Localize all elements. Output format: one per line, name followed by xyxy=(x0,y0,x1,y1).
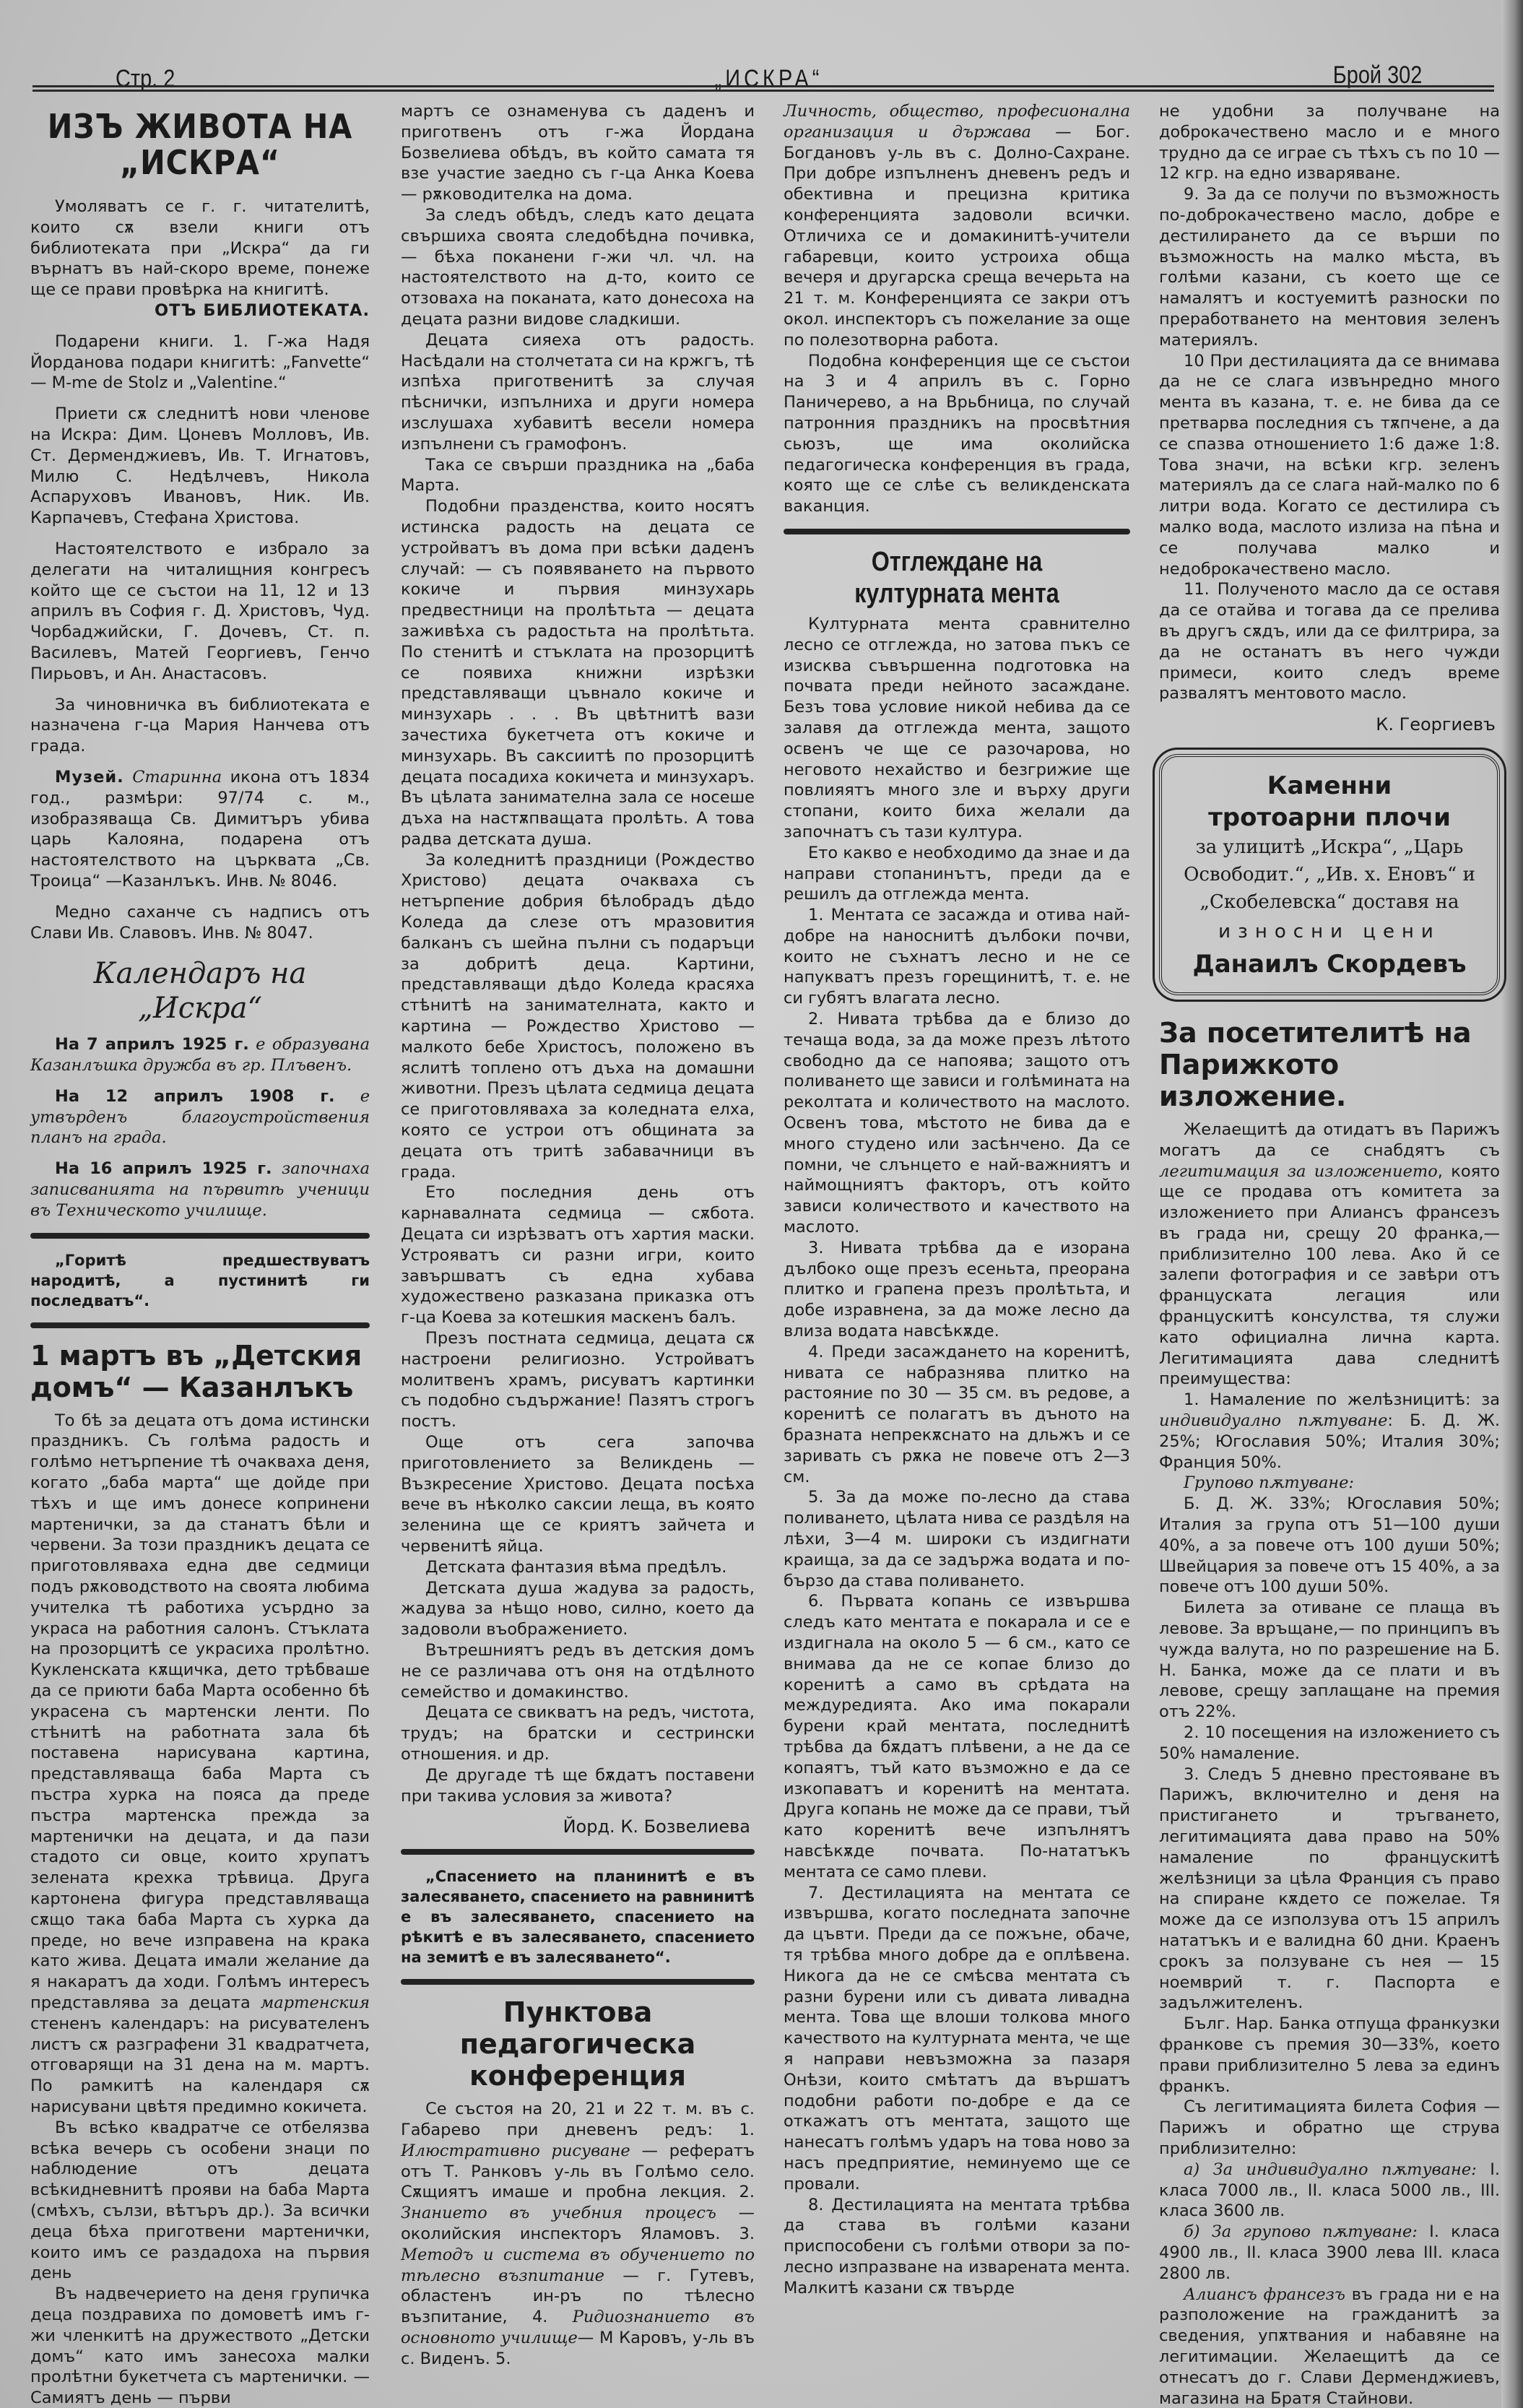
paris-paragraph: Съ легитимацията билета София — Парижъ и… xyxy=(1159,2097,1500,2159)
page-header: Стр. 2 „ИСКРА“ Брой 302 xyxy=(108,29,1429,87)
divider xyxy=(401,1849,755,1855)
mint-item: 11. Полученото масло да се оставя да се … xyxy=(1159,579,1500,704)
calendar-date: На 12 априлъ 1908 г. xyxy=(55,1087,335,1106)
article-paragraph: мартъ се ознаменува съ даденъ и приготве… xyxy=(401,101,755,205)
paris-paragraph: Бълг. Нар. Банка отпуща франкузки франко… xyxy=(1159,2014,1500,2097)
afforestation-quote: „Спасението на планинитѣ е въ залесяване… xyxy=(401,1866,755,1967)
mint-continued: не удобни за получване на доброкачествен… xyxy=(1159,101,1500,184)
text-ital: Илюстративно рисуване xyxy=(401,2141,630,2160)
paris-alliance: Алиансъ франсезъ въ града ни е на разпол… xyxy=(1159,2284,1500,2408)
donated-books: Подарени книги. 1. Г-жа Надя Йорданова п… xyxy=(30,332,370,394)
paris-item: 3. Следъ 5 дневно престояване въ Парижъ,… xyxy=(1159,1764,1500,2014)
article-paragraph: Детската фантазия вѣма предѣлъ. xyxy=(401,1557,755,1578)
mint-item: 6. Първата копань се извършва следъ като… xyxy=(784,1591,1130,1882)
article-paragraph: Децата сияеха отъ радость. Насѣдали на с… xyxy=(401,330,755,455)
column-3: Личность, общество, професионална органи… xyxy=(784,101,1130,2298)
library-signoff: ОТЪ БИБЛИОТЕКАТА. xyxy=(30,300,370,321)
paris-paragraph: Желаещитѣ да отидатъ въ Парижъ могатъ да… xyxy=(1159,1119,1500,1390)
text-ital: Знанието въ учебния процесъ xyxy=(401,2204,716,2222)
calendar-heading: Календаръ на „Искра“ xyxy=(30,956,370,1026)
article-paragraph: Ето последния день отъ карнавалната седм… xyxy=(401,1182,755,1328)
mint-item: 3. Нивата трѣбва да е изорана дълбоко ощ… xyxy=(784,1238,1130,1342)
mint-item: 10 При дестилацията да се внимава да не … xyxy=(1159,351,1500,580)
mint-item: 4. Преди засаждането на коренитѣ, нивата… xyxy=(784,1342,1130,1488)
march-paragraph: Въ всѣко квадратче се отбелязва всѣка ве… xyxy=(30,2118,370,2284)
text: 1. Намаление по желѣзницитѣ: за xyxy=(1184,1390,1500,1409)
text-ital: Алиансъ франсезъ xyxy=(1184,2285,1345,2304)
copper-item: Медно саханче съ надписъ отъ Слави Ив. С… xyxy=(30,902,370,944)
text-ital: мартенския xyxy=(261,1993,370,2012)
text: Желаещитѣ да отидатъ въ Парижъ могатъ да… xyxy=(1159,1120,1500,1160)
calendar-entry: На 12 априлъ 1908 г. е утвърденъ благоус… xyxy=(30,1086,370,1148)
ad-line: тротоарни плочи xyxy=(1171,802,1488,833)
paris-item: 2. 10 посещения на изложението съ 50% на… xyxy=(1159,1723,1500,1764)
mint-item: 7. Дестилацията на ментата се извършва, … xyxy=(784,1883,1130,2195)
text: стененъ календаръ: на рисувателенъ листъ… xyxy=(30,2014,370,2116)
text-ital: легитимация за изложението xyxy=(1159,1162,1438,1181)
conference-continued: Личность, общество, професионална органи… xyxy=(784,101,1130,351)
calendar-date: На 7 априлъ 1925 г. xyxy=(55,1035,249,1054)
column-4: не удобни за получване на доброкачествен… xyxy=(1159,101,1500,2408)
text: То бѣ за децата отъ дома истински праздн… xyxy=(30,1411,370,2012)
mint-item: 5. За да може по-лесно да става поливане… xyxy=(784,1487,1130,1591)
mint-item: 9. За да се получи по възможность по-доб… xyxy=(1159,184,1500,350)
paris-item: 1. Намаление по желѣзницитѣ: за индивиду… xyxy=(1159,1390,1500,1473)
article-paragraph: Презъ постната седмица, децата сѫ настро… xyxy=(401,1328,755,1432)
article-paragraph: За коледнитѣ праздници (Рождество Христо… xyxy=(401,850,755,1183)
section-heading-iskra-life: ИЗЪ ЖИВОТА НА „ИСКРА“ xyxy=(48,108,353,181)
divider xyxy=(30,1233,370,1239)
mint-paragraph: Културната мента сравнително лесно се от… xyxy=(784,614,1130,843)
calendar-date: На 16 априлъ 1925 г. xyxy=(55,1159,272,1178)
mint-item: 2. Нивата трѣбва да е близо до течаща во… xyxy=(784,1009,1130,1238)
ad-line: Каменни xyxy=(1171,770,1488,802)
author-signature: Йорд. К. Бозвелиева xyxy=(401,1816,750,1837)
text: — Бог. Богдановъ у-ль въ с. Долно-Сахран… xyxy=(784,123,1130,350)
divider xyxy=(784,529,1130,534)
mint-paragraph: Ето какво е необходимо да знае и да напр… xyxy=(784,843,1130,905)
museum-label: Музей. xyxy=(55,768,124,787)
march-paragraph: То бѣ за децата отъ дома истински праздн… xyxy=(30,1411,370,2118)
text-ital: а) За индивидуално пѫтуване: xyxy=(1184,2160,1477,2179)
article-paragraph: Децата се свикватъ на редъ, чистота, тру… xyxy=(401,1702,755,1764)
ad-line: износни цени xyxy=(1171,916,1488,948)
text: Се състоя на 20, 21 и 22 т. м. въ с. Габ… xyxy=(401,2100,755,2139)
text: , която ще се продава отъ комитета за из… xyxy=(1159,1162,1500,1389)
calendar-entry: На 7 априлъ 1925 г. е образувана Казанлъ… xyxy=(30,1034,370,1076)
new-members: Приети сѫ следнитѣ нови членове на Искра… xyxy=(30,404,370,529)
conference-heading: Пунктова педагогическа конференция xyxy=(401,1996,755,2092)
delegates: Настоятелството е избрало за делегати на… xyxy=(30,539,370,685)
museum-item: Музей. Старинна икона отъ 1834 год., раз… xyxy=(30,767,370,892)
paris-cost-a: а) За индивидуално пѫтуване: I. класа 70… xyxy=(1159,2160,1500,2222)
paris-cost-b: б) За групово пѫтуване: I. класа 4900 лв… xyxy=(1159,2222,1500,2284)
mint-article-heading: Отглеждане на културната мента xyxy=(810,546,1104,610)
article-paragraph: Така се свърши праздника на „баба Марта. xyxy=(401,455,755,497)
paris-paragraph: Билета за отиване се плаща въ левове. За… xyxy=(1159,1598,1500,1723)
library-clerk: За чиновничка въ библиотеката е назначен… xyxy=(30,695,370,757)
divider xyxy=(30,1322,370,1328)
conference-next: Подобна конференция ще се състои на 3 и … xyxy=(784,351,1130,517)
article-paragraph: Подобни празденства, които носятъ истинс… xyxy=(401,496,755,850)
article-paragraph: Де другаде тѣ ще бѫдатъ поставени при та… xyxy=(401,1765,755,1807)
column-2: мартъ се ознаменува съ даденъ и приготве… xyxy=(401,101,755,2370)
ad-line: за улицитѣ „Искра“, „Царь Освободит.“, „… xyxy=(1171,833,1488,916)
article-paragraph: Вътрешниятъ редъ въ детския домъ не се р… xyxy=(401,1640,755,1702)
forests-quote: „Горитѣ предшествуватъ народитѣ, а пусти… xyxy=(30,1250,370,1311)
mint-item: 8. Дестилацията на ментата трѣбва да ста… xyxy=(784,2195,1130,2299)
article-paragraph: За следъ обѣдъ, следъ като децата свърши… xyxy=(401,205,755,330)
mint-author-signature: К. Георгиевъ xyxy=(1159,714,1496,735)
paris-article-heading: За посетителитѣ на Парижкото изложение. xyxy=(1159,1017,1500,1112)
text-ital: индивидуално пѫтуване xyxy=(1159,1411,1387,1430)
page-edge-shadow xyxy=(1501,0,1523,2408)
conference-paragraph: Се състоя на 20, 21 и 22 т. м. въ с. Габ… xyxy=(401,2099,755,2369)
divider xyxy=(401,1979,755,1985)
header-divider xyxy=(32,85,1494,92)
article-paragraph: Детската душа жадува за радость, жадува … xyxy=(401,1578,755,1640)
text-ital: б) За групово пѫтуване: xyxy=(1184,2222,1418,2241)
library-request: Умоляватъ се г. г. читателитѣ, които сѫ … xyxy=(30,196,370,300)
column-1: ИЗЪ ЖИВОТА НА „ИСКРА“ Умоляватъ се г. г.… xyxy=(30,101,370,2408)
mint-item: 1. Ментата се засажда и отива най-добре … xyxy=(784,905,1130,1009)
article-paragraph: Още отъ сега започва приготовлението за … xyxy=(401,1432,755,1557)
calendar-entry: На 16 априлъ 1925 г. започнаха записвани… xyxy=(30,1158,370,1221)
paris-group: Б. Д. Ж. 33%; Югославия 50%; Италия за г… xyxy=(1159,1494,1500,1598)
march-article-heading: 1 мартъ въ „Детския домъ“ — Казанлъкъ xyxy=(30,1340,370,1403)
ad-advertiser: Данаилъ Скордевъ xyxy=(1171,948,1488,981)
paris-group-label: Групово пѫтуване: xyxy=(1159,1473,1500,1494)
newspaper-page: Стр. 2 „ИСКРА“ Брой 302 ИЗЪ ЖИВОТА НА „И… xyxy=(0,0,1523,2408)
museum-ital: Старинна xyxy=(132,768,222,787)
advertisement-box: Каменни тротоарни плочи за улицитѣ „Искр… xyxy=(1159,754,1500,995)
march-paragraph: Въ надвечерието на деня групичка деца по… xyxy=(30,2284,370,2408)
